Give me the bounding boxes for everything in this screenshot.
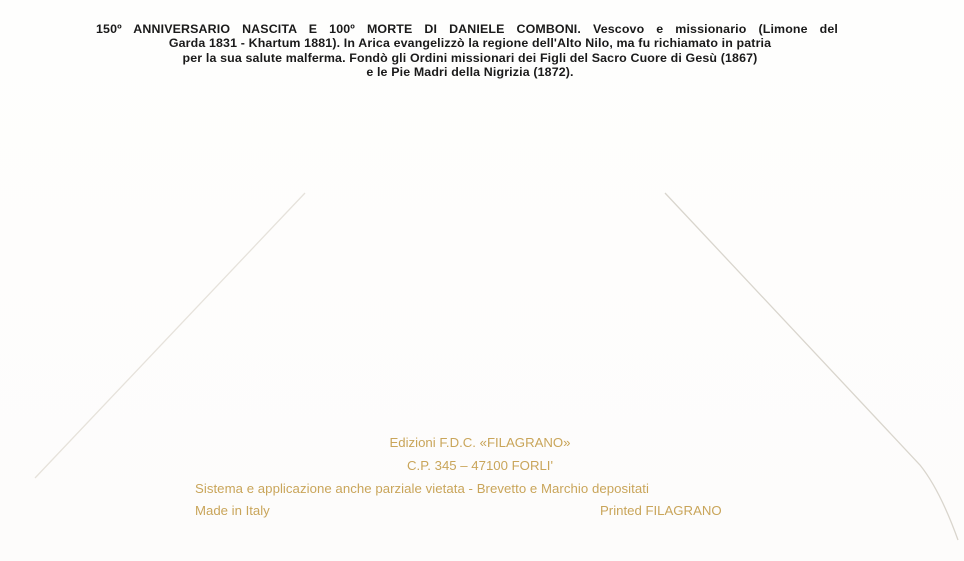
publisher-name: Edizioni F.D.C. «FILAGRANO» [280,435,680,450]
publisher-imprint: Edizioni F.D.C. «FILAGRANO» C.P. 345 – 4… [0,0,964,561]
envelope-back: 150º ANNIVERSARIO NASCITA E 100º MORTE D… [0,0,964,561]
publisher-address: C.P. 345 – 47100 FORLI' [280,458,680,473]
patent-notice: Sistema e applicazione anche parziale vi… [195,481,649,496]
printer-label: Printed FILAGRANO [600,503,722,518]
made-in-label: Made in Italy [195,503,270,518]
